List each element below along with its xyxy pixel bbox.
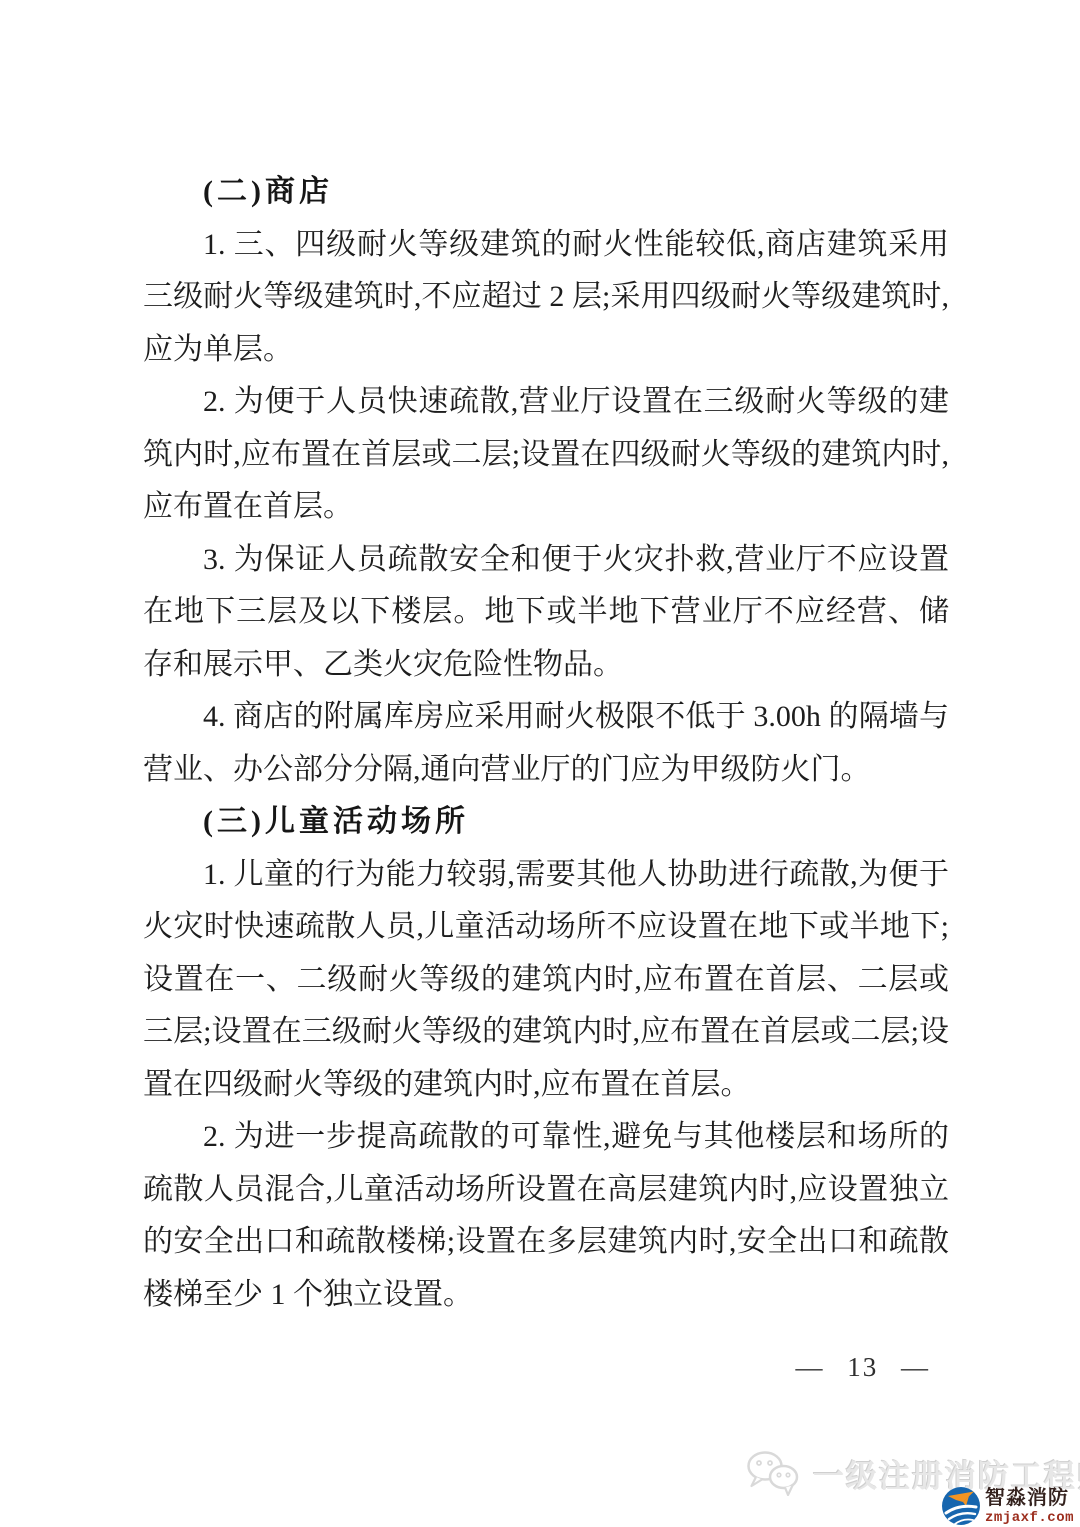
brand-website: zmjaxf.com [985, 1511, 1074, 1525]
paragraph: 1. 三、四级耐火等级建筑的耐火性能较低,商店建筑采用三级耐火等级建筑时,不应超… [143, 219, 949, 377]
document-page: (二)商店 1. 三、四级耐火等级建筑的耐火性能较低,商店建筑采用三级耐火等级建… [0, 0, 1080, 1527]
zhimiao-logo-icon [941, 1486, 981, 1526]
paragraph: 3. 为保证人员疏散安全和便于火灾扑救,营业厅不应设置在地下三层及以下楼层。地下… [143, 534, 949, 692]
page-number: — 13 — [796, 1352, 931, 1383]
brand-logo-block: 智淼消防 zmjaxf.com [941, 1486, 1074, 1526]
paragraph: 1. 儿童的行为能力较弱,需要其他人协助进行疏散,为便于火灾时快速疏散人员,儿童… [143, 849, 949, 1112]
paragraph: 2. 为进一步提高疏散的可靠性,避免与其他楼层和场所的疏散人员混合,儿童活动场所… [143, 1111, 949, 1321]
document-body: (二)商店 1. 三、四级耐火等级建筑的耐火性能较低,商店建筑采用三级耐火等级建… [143, 166, 949, 1321]
paragraph: 4. 商店的附属库房应采用耐火极限不低于 3.00h 的隔墙与营业、办公部分分隔… [143, 691, 949, 796]
section-heading: (三)儿童活动场所 [143, 796, 949, 849]
wechat-icon [745, 1450, 801, 1496]
section-heading: (二)商店 [143, 166, 949, 219]
paragraph: 2. 为便于人员快速疏散,营业厅设置在三级耐火等级的建筑内时,应布置在首层或二层… [143, 376, 949, 534]
brand-name: 智淼消防 [985, 1488, 1074, 1508]
